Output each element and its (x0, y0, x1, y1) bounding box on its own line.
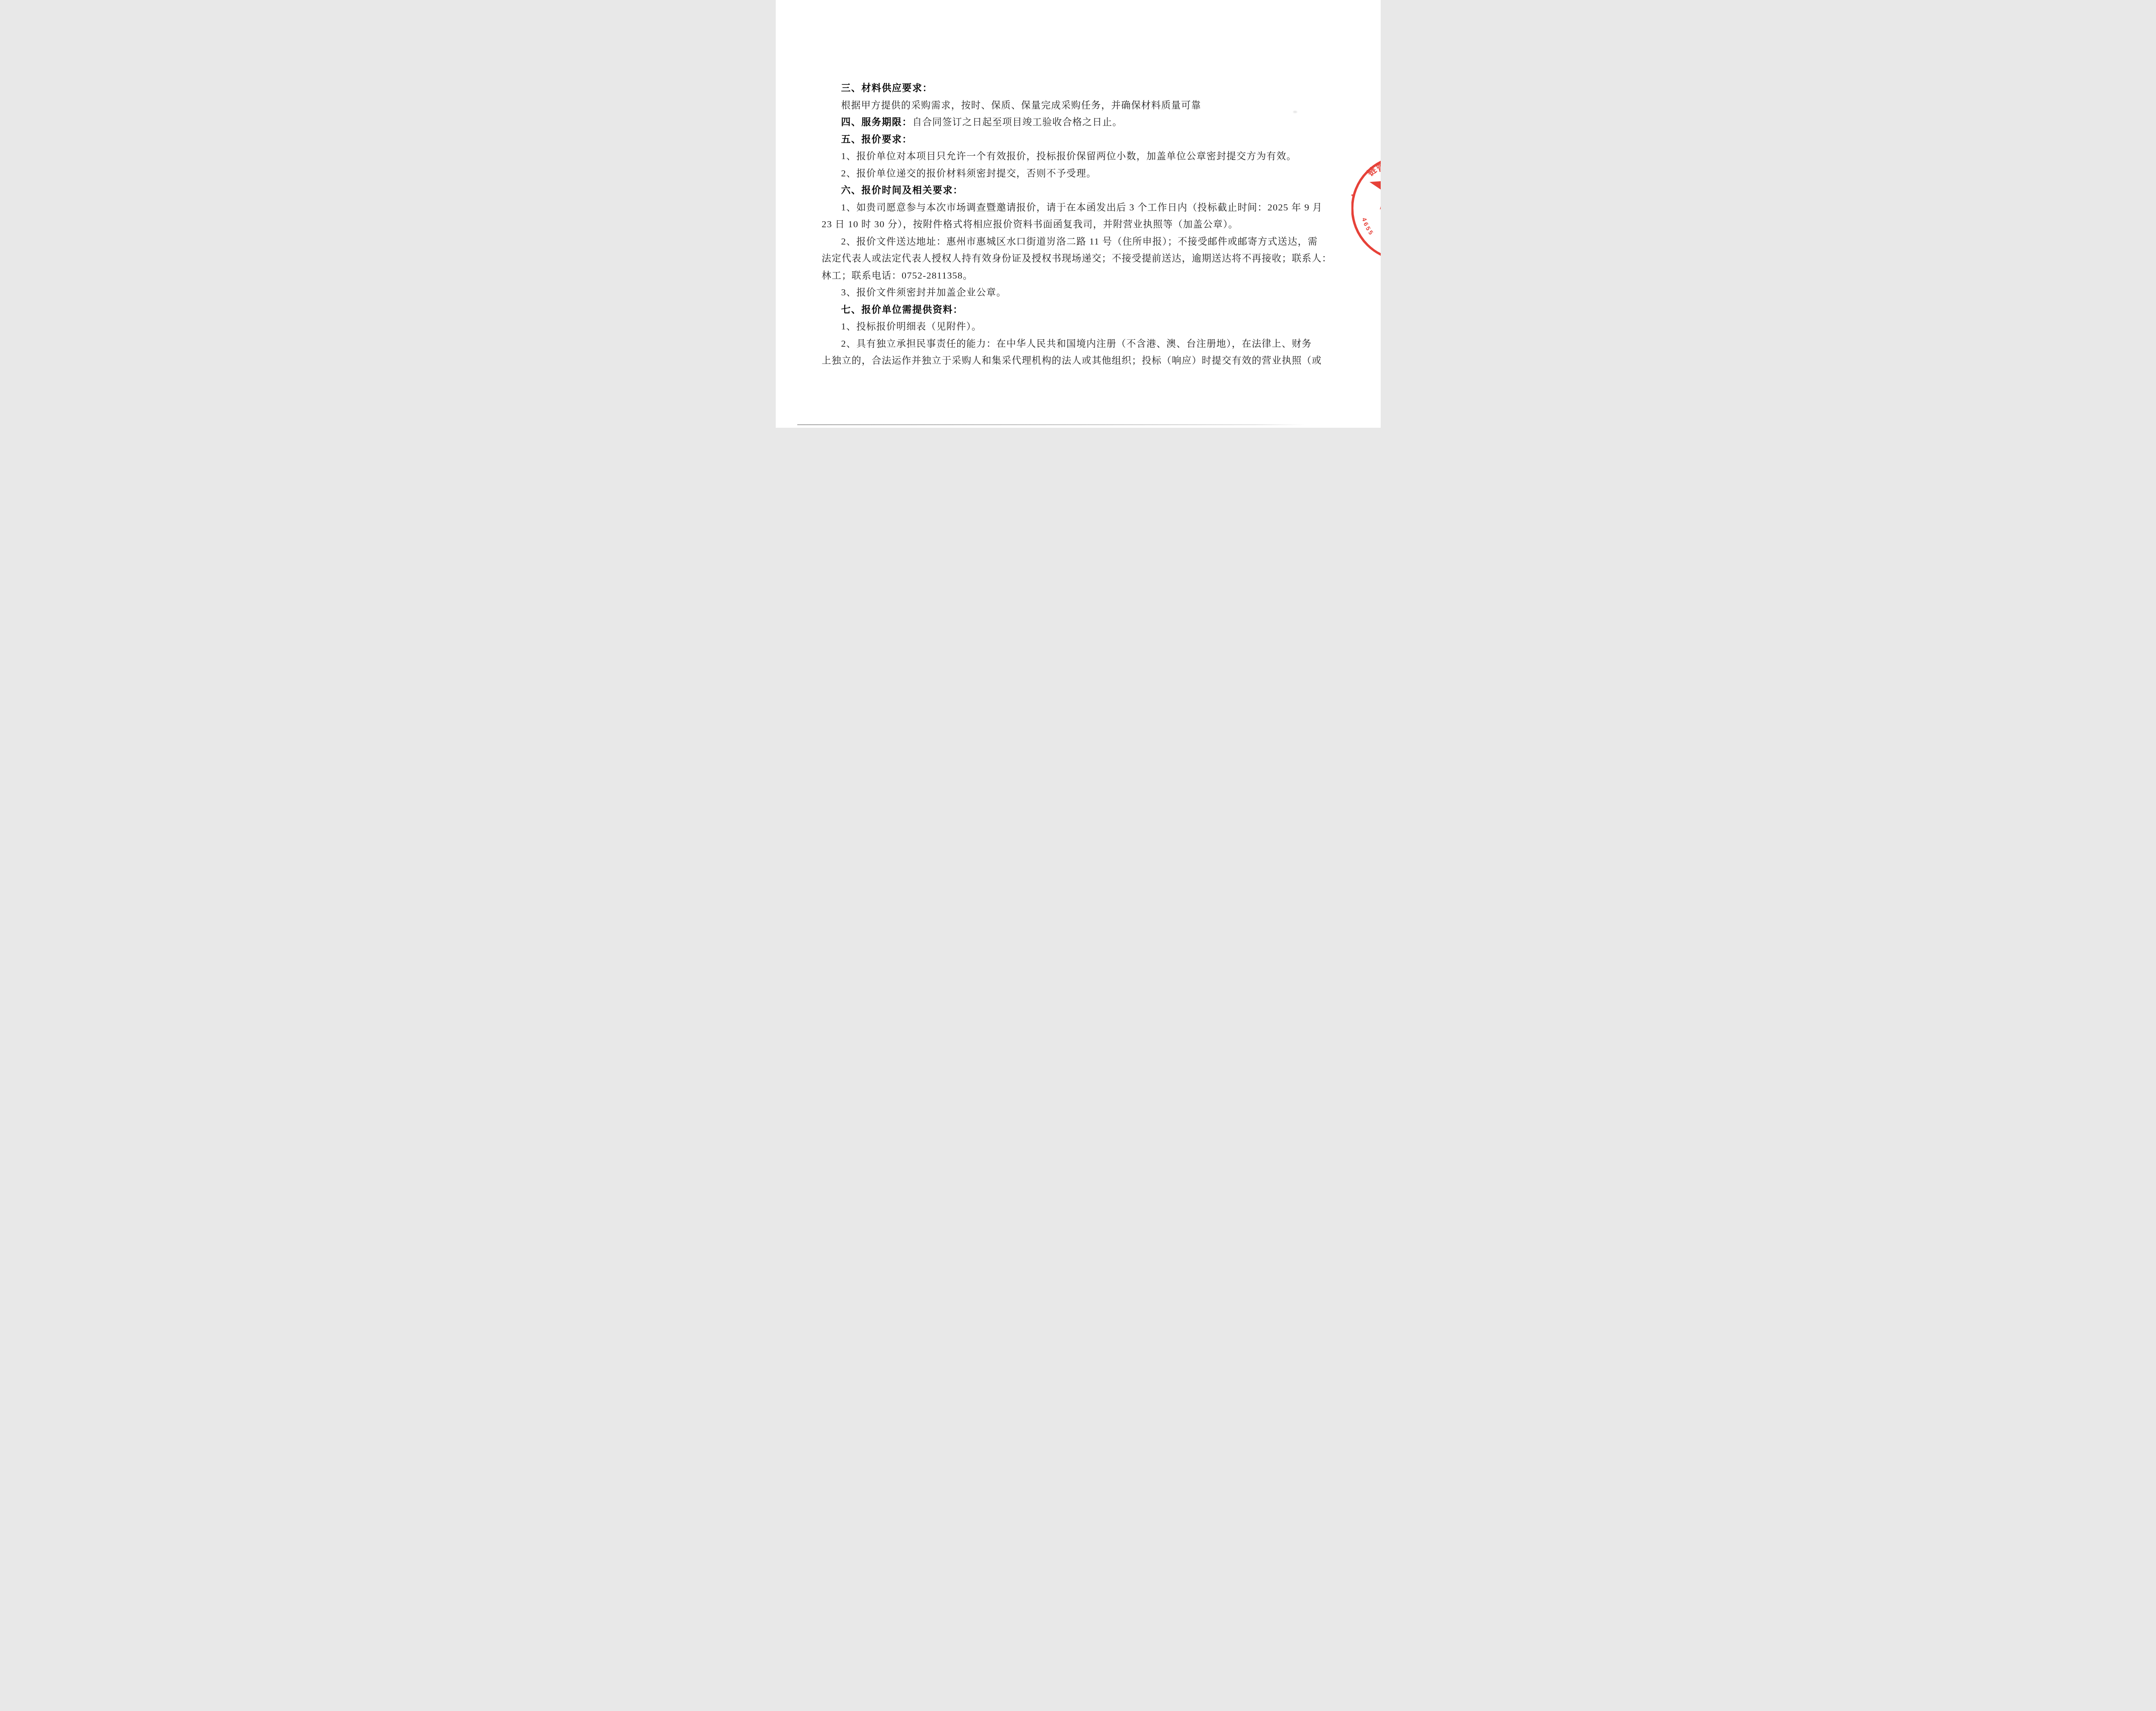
section-heading: 五、报价要求： (841, 134, 912, 144)
line-text: 2、报价文件送达地址：惠州市惠城区水口街道岃洛二路 11 号（住所申报）；不接受… (841, 236, 1318, 247)
line-text: 3、报价文件须密封并加盖企业公章。 (841, 287, 1006, 298)
scan-smudge (1293, 111, 1297, 113)
text-line: 1、如贵司愿意参与本次市场调查暨邀请报价，请于在本函发出后 3 个工作日内（投标… (822, 199, 1335, 216)
scan-artifact-line (797, 424, 1305, 425)
text-line: 2、报价单位递交的报价材料须密封提交，否则不予受理。 (822, 165, 1335, 182)
text-line: 三、材料供应要求： (822, 79, 1335, 97)
line-text: 1、报价单位对本项目只允许一个有效报价，投标报价保留两位小数，加盖单位公章密封提… (841, 150, 1297, 161)
line-text: 上独立的，合法运作并独立于采购人和集采代理机构的法人或其他组织；投标（响应）时提… (822, 355, 1322, 366)
text-line: 1、报价单位对本项目只允许一个有效报价，投标报价保留两位小数，加盖单位公章密封提… (822, 147, 1335, 165)
text-line: 2、具有独立承担民事责任的能力：在中华人民共和国境内注册（不含港、澳、台注册地）… (822, 335, 1335, 352)
text-line: 四、服务期限：自合同签订之日起至项目竣工验收合格之日止。 (822, 113, 1335, 131)
company-seal-stamp: 链 管 4655 (1351, 153, 1381, 261)
text-line: 七、报价单位需提供资料： (822, 301, 1335, 318)
line-text: 23 日 10 时 30 分），按附件格式将相应报价资料书面函复我司，并附营业执… (822, 219, 1238, 229)
text-line: 3、报价文件须密封并加盖企业公章。 (822, 284, 1335, 301)
text-line: 五、报价要求： (822, 131, 1335, 148)
line-text: 林工；联系电话：0752-2811358。 (822, 270, 973, 281)
text-line: 根据甲方提供的采购需求，按时、保质、保量完成采购任务，并确保材料质量可靠 (822, 97, 1335, 114)
document-page: 三、材料供应要求： 根据甲方提供的采购需求，按时、保质、保量完成采购任务，并确保… (776, 0, 1381, 428)
line-text: 1、如贵司愿意参与本次市场调查暨邀请报价，请于在本函发出后 3 个工作日内（投标… (841, 202, 1323, 213)
line-text: 法定代表人或法定代表人授权人持有效身份证及授权书现场递交；不接受提前送达，逾期送… (822, 253, 1332, 263)
seal-serial-digits: 4655 (1360, 217, 1376, 237)
text-line: 1、投标报价明细表（见附件）。 (822, 318, 1335, 335)
line-text: 根据甲方提供的采购需求，按时、保质、保量完成采购任务，并确保材料质量可靠 (841, 100, 1201, 110)
section-heading: 六、报价时间及相关要求： (841, 185, 963, 195)
line-text: 2、报价单位递交的报价材料须密封提交，否则不予受理。 (841, 168, 1097, 179)
text-line: 林工；联系电话：0752-2811358。 (822, 267, 1335, 284)
text-line: 六、报价时间及相关要求： (822, 182, 1335, 199)
text-line: 2、报价文件送达地址：惠州市惠城区水口街道岃洛二路 11 号（住所申报）；不接受… (822, 233, 1335, 250)
line-text: 自合同签订之日起至项目竣工验收合格之日止。 (912, 116, 1122, 127)
text-line: 法定代表人或法定代表人授权人持有效身份证及授权书现场递交；不接受提前送达，逾期送… (822, 250, 1335, 267)
section-heading: 三、材料供应要求： (841, 82, 933, 93)
text-line: 上独立的，合法运作并独立于采购人和集采代理机构的法人或其他组织；投标（响应）时提… (822, 352, 1335, 369)
line-text: 1、投标报价明细表（见附件）。 (841, 321, 982, 332)
text-line: 23 日 10 时 30 分），按附件格式将相应报价资料书面函复我司，并附营业执… (822, 216, 1335, 233)
document-body: 三、材料供应要求： 根据甲方提供的采购需求，按时、保质、保量完成采购任务，并确保… (822, 79, 1335, 369)
section-heading: 七、报价单位需提供资料： (841, 304, 963, 315)
line-text: 2、具有独立承担民事责任的能力：在中华人民共和国境内注册（不含港、澳、台注册地）… (841, 338, 1312, 349)
section-heading: 四、服务期限： (841, 116, 912, 127)
